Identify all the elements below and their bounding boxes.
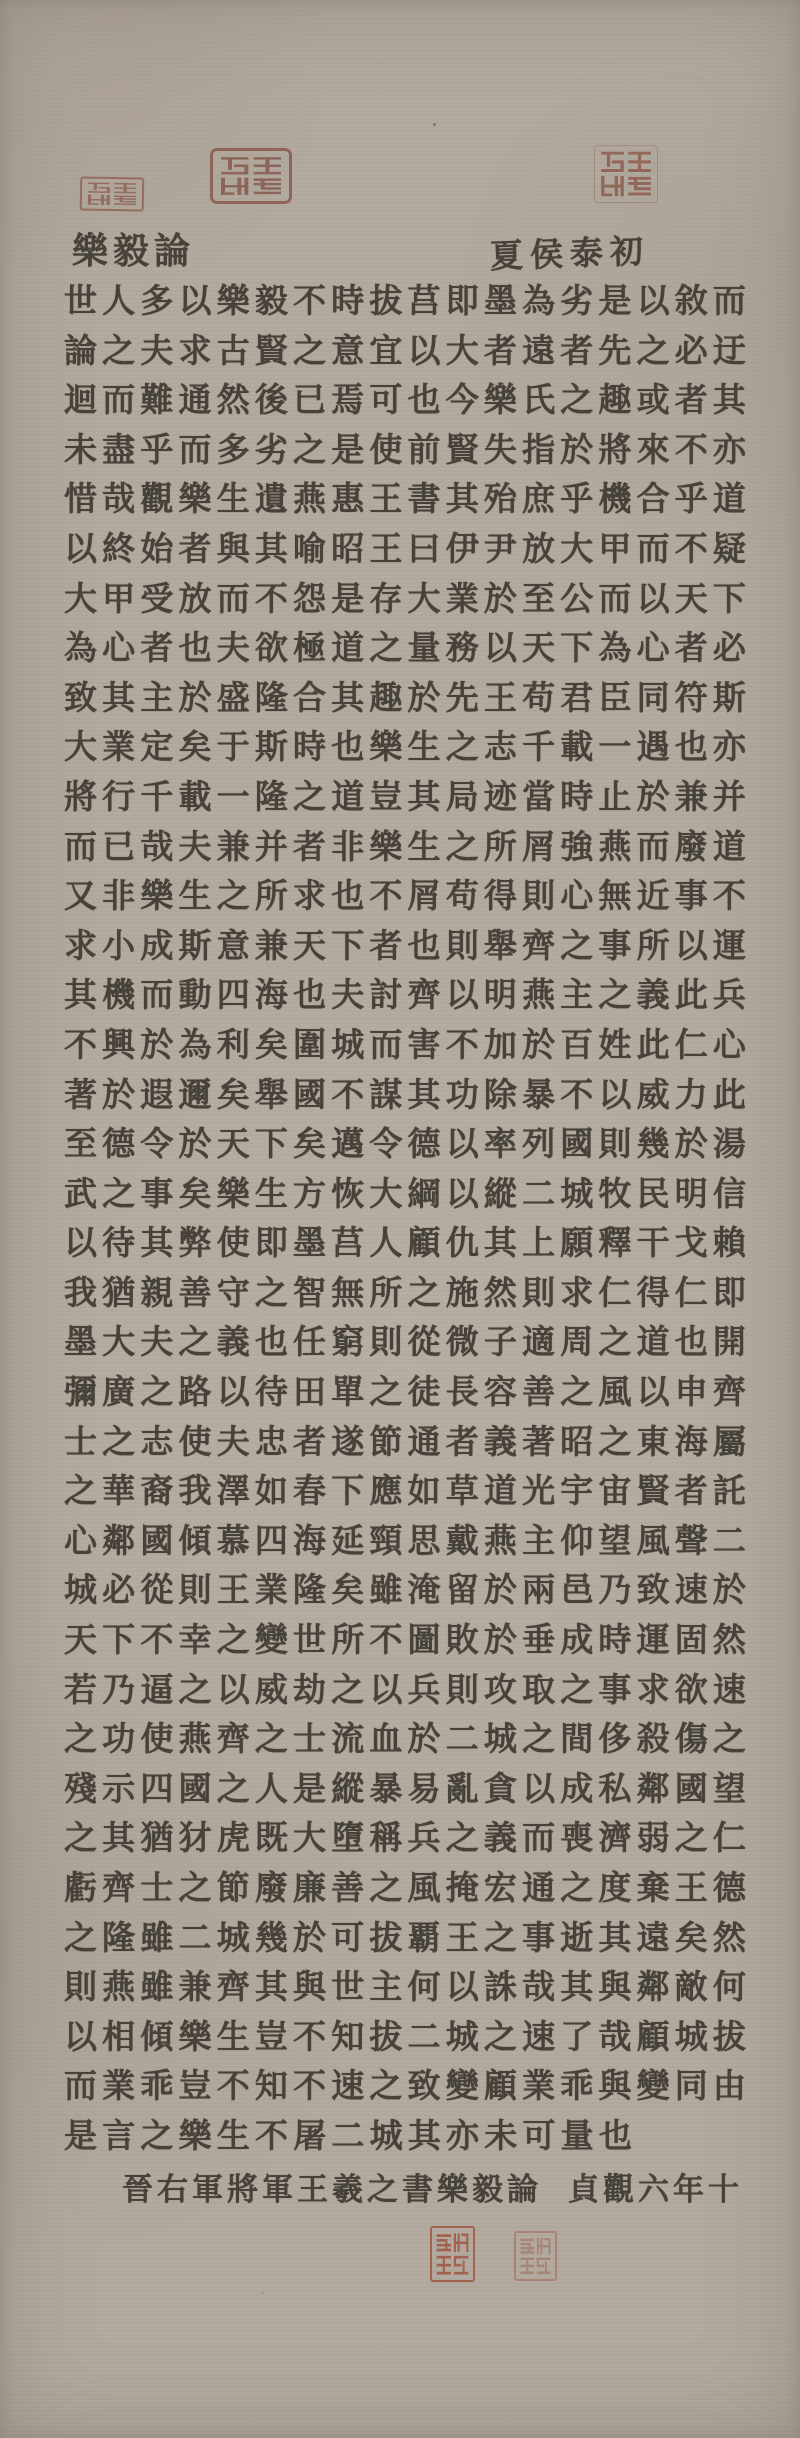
calligraphy-line: 之功使燕齊之士流血於二城之間侈殺傷之 [64,1716,746,1766]
artist-seal [430,2226,475,2282]
calligraphy-line: 惜哉觀樂生遺燕惠王書其殆庶乎機合乎道 [64,476,746,526]
colophon-signature: 晉右軍將軍王羲之書樂毅論 [122,2166,542,2214]
seal-script-glyphs [84,181,140,208]
calligraphy-line: 大甲受放而不怨是存大業於至公而以天下 [64,576,746,626]
calligraphy-line: 以待其弊使即墨莒人顧仇其上願釋干戈賴 [64,1220,746,1270]
seal-script-glyphs [434,2230,471,2278]
calligraphy-line: 求小成斯意兼天下者也則舉齊之事所以運 [64,923,746,973]
calligraphy-line: 未盡乎而多劣之是使前賢失指於將來不亦 [64,427,746,477]
calligraphy-line: 迴而難通然後已焉可也今樂氏之趣或者其 [64,377,746,427]
colophon: 晉右軍將軍王羲之書樂毅論 貞觀六年十 [122,2166,743,2214]
calligraphy-line: 為心者也夫欲極道之量務以天下為心者必 [64,625,746,675]
calligraphy-body: 世人多以樂毅不時拔莒即墨為劣是以敘而論之夫求古賢之意宜以大者遠者先之必迂迴而難通… [64,278,746,2163]
calligraphy-scroll-page: { "artwork": { "title": "樂毅論", "subtitle… [0,0,800,2438]
rectangular-collector-seal [80,176,145,211]
calligraphy-line: 又非樂生之所求也不屑苟得則心無近事不 [64,873,746,923]
calligraphy-line: 武之事矣樂生方恢大綱以縱二城牧民明信 [64,1171,746,1221]
square-collector-seal-inverted [210,148,292,204]
seal-script-glyphs [216,154,286,198]
calligraphy-line: 則燕雖兼齊其與世主何以誅哉其與鄰敵何 [64,1964,746,2014]
calligraphy-line: 彌廣之路以待田單之徒長容善之風以申齊 [64,1369,746,1419]
seal-script-glyphs [597,148,655,200]
artist-seal-light [514,2231,557,2281]
colophon-date: 貞觀六年十 [568,2166,743,2214]
calligraphy-line: 殘示四國之人是縱暴易亂貪以成私鄰國望 [64,1766,746,1816]
calligraphy-line: 致其主於盛隆合其趣於先王苟君臣同符斯 [64,675,746,725]
calligraphy-line: 而已哉夫兼并者非樂生之所屑強燕而廢道 [64,824,746,874]
calligraphy-line: 士之志使夫忠者遂節通者義著昭之東海屬 [64,1419,746,1469]
calligraphy-line: 是言之樂生不屠二城其亦未可量也 [64,2113,632,2163]
seal-script-glyphs [518,2235,553,2277]
calligraphy-line: 將行千載一隆之道豈其局迹當時止於兼并 [64,774,746,824]
calligraphy-line: 之華裔我澤如春下應如草道光宇宙賢者託 [64,1468,746,1518]
calligraphy-line: 著於遐邇矣舉國不謀其功除暴不以威力此 [64,1072,746,1122]
calligraphy-line: 城必從則王業隆矣雖淹留於兩邑乃致速於 [64,1567,746,1617]
scroll-subtitle: 夏侯泰初 [489,229,651,281]
calligraphy-line: 其機而動四海也夫討齊以明燕主之義此兵 [64,972,746,1022]
square-collector-seal [594,145,658,203]
scroll-title: 樂毅論 [72,228,195,274]
calligraphy-line: 虧齊士之節廢廉善之風掩宏通之度棄王德 [64,1865,746,1915]
calligraphy-line: 大業定矣于斯時也樂生之志千載一遇也亦 [64,724,746,774]
calligraphy-line: 之其猶犲虎既大墮稱兵之義而喪濟弱之仁 [64,1815,746,1865]
calligraphy-line: 墨大夫之義也任窮則從微子適周之道也開 [64,1319,746,1369]
paper-speck [262,2292,264,2294]
calligraphy-line: 以終始者與其喻昭王曰伊尹放大甲而不疑 [64,526,746,576]
calligraphy-line: 天下不幸之變世所不圖敗於垂成時運固然 [64,1617,746,1667]
calligraphy-line: 我猶親善守之智無所之施然則求仁得仁即 [64,1270,746,1320]
calligraphy-line: 論之夫求古賢之意宜以大者遠者先之必迂 [64,328,746,378]
calligraphy-line: 至德令於天下矣邁令德以率列國則幾於湯 [64,1121,746,1171]
paper-speck [433,123,436,126]
calligraphy-line: 不興於為利矣圍城而害不加於百姓此仁心 [64,1022,746,1072]
calligraphy-line: 世人多以樂毅不時拔莒即墨為劣是以敘而 [64,278,746,328]
calligraphy-line: 心鄰國傾慕四海延頸思戴燕主仰望風聲二 [64,1518,746,1568]
calligraphy-line: 之隆雖二城幾於可拔覇王之事逝其遠矣然 [64,1915,746,1965]
calligraphy-line: 以相傾樂生豈不知拔二城之速了哉顧城拔 [64,2014,746,2064]
calligraphy-line: 若乃逼之以威劫之以兵則攻取之事求欲速 [64,1667,746,1717]
calligraphy-line: 而業乖豈不知不速之致變顧業乖與變同由 [64,2063,746,2113]
